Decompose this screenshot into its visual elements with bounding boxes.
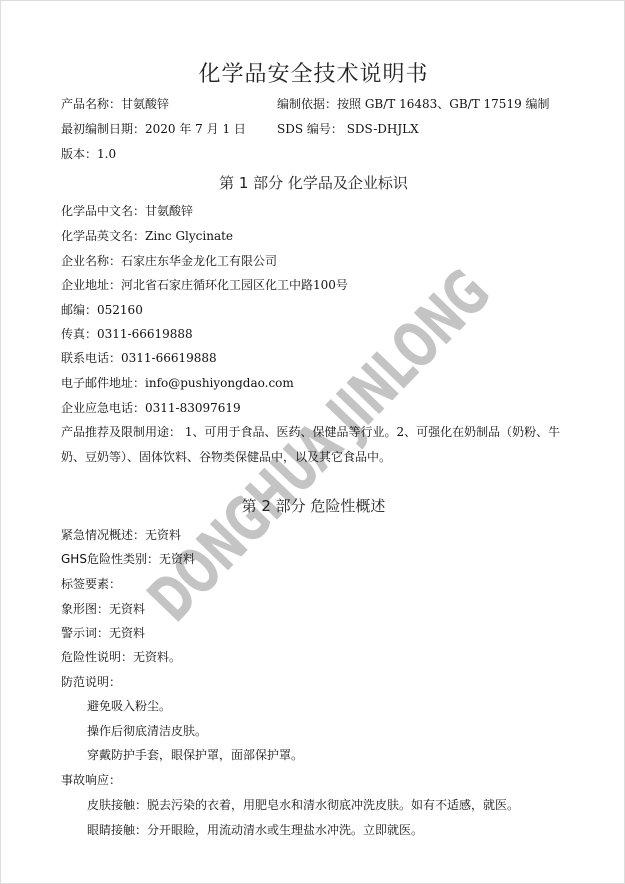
- field-row: 传真：0311-66619888: [61, 326, 193, 342]
- field-value: 无资料: [109, 626, 145, 640]
- first-date-row: 最初编制日期：2020 年 7 月 1 日: [61, 121, 246, 137]
- field-label: 化学品中文名：: [61, 204, 145, 218]
- field-label: 联系电话：: [61, 351, 121, 365]
- response-item-value: 脱去污染的衣着，用肥皂水和清水彻底冲洗皮肤。如有不适感，就医。: [147, 798, 519, 812]
- field-label: 电子邮件地址：: [61, 376, 145, 390]
- field-row: GHS危险性类别：无资料: [61, 551, 195, 567]
- field-row: 化学品中文名：甘氨酸锌: [61, 203, 193, 219]
- version-value: 1.0: [97, 147, 116, 161]
- field-row: 企业地址：河北省石家庄循环化工园区化工中路100号: [61, 277, 348, 293]
- field-row: 象形图：无资料: [61, 601, 145, 617]
- response-item-label: 皮肤接触：: [87, 798, 147, 812]
- product-name-row: 产品名称：甘氨酸锌: [61, 96, 169, 112]
- field-row: 危险性说明：无资料。: [61, 649, 181, 665]
- field-label: 危险性说明：: [61, 650, 133, 664]
- field-value: 052160: [97, 303, 143, 317]
- field-row: 紧急情况概述：无资料: [61, 527, 181, 543]
- field-label: GHS危险性类别：: [61, 552, 159, 566]
- field-value: 0311-66619888: [97, 327, 193, 341]
- first-date-value: 2020 年 7 月 1 日: [145, 122, 246, 136]
- field-value: 无资料: [145, 528, 181, 542]
- field-value: 石家庄东华金龙化工有限公司: [121, 254, 277, 268]
- field-label: 企业应急电话：: [61, 401, 145, 415]
- precaution-item: 操作后彻底清洁皮肤。: [87, 723, 207, 739]
- product-name-label: 产品名称：: [61, 97, 121, 111]
- document-content: 化学品安全技术说明书 产品名称：甘氨酸锌 编制依据：按照 GB/T 16483、…: [1, 1, 625, 884]
- field-value: 0311-66619888: [121, 351, 217, 365]
- field-value: 无资料。: [133, 650, 181, 664]
- field-row: 企业名称：石家庄东华金龙化工有限公司: [61, 253, 277, 269]
- field-label: 象形图：: [61, 602, 109, 616]
- sds-number-value: SDS-DHJLX: [343, 122, 419, 136]
- usage-label: 产品推荐及限制用途：: [61, 425, 181, 439]
- basis-label: 编制依据：: [277, 97, 337, 111]
- field-value: 无资料: [159, 552, 195, 566]
- response-label: 事故响应：: [61, 772, 121, 788]
- section2-heading: 第 2 部分 危险性概述: [1, 496, 625, 516]
- sds-number-row: SDS 编号： SDS-DHJLX: [277, 121, 419, 137]
- precaution-item: 穿戴防护手套，眼保护罩，面部保护罩。: [87, 747, 303, 763]
- version-row: 版本：1.0: [61, 146, 116, 162]
- version-label: 版本：: [61, 147, 97, 161]
- precautions-label: 防范说明：: [61, 674, 121, 690]
- field-label: 企业地址：: [61, 278, 121, 292]
- field-label: 企业名称：: [61, 254, 121, 268]
- response-item: 眼睛接触：分开眼睑，用流动清水或生理盐水冲洗。立即就医。: [87, 822, 423, 838]
- field-value: 0311-83097619: [145, 401, 241, 415]
- sds-number-label: SDS 编号：: [277, 122, 343, 136]
- field-row: 警示词：无资料: [61, 625, 145, 641]
- section1-heading: 第 1 部分 化学品及企业标识: [1, 173, 625, 193]
- response-item-value: 分开眼睑，用流动清水或生理盐水冲洗。立即就医。: [147, 823, 423, 837]
- document-page: DONGHUA JINLONG 化学品安全技术说明书 产品名称：甘氨酸锌 编制依…: [0, 0, 625, 884]
- email-link[interactable]: info@pushiyongdao.com: [145, 376, 294, 390]
- precaution-item: 避免吸入粉尘。: [87, 698, 171, 714]
- field-row: 化学品英文名：Zinc Glycinate: [61, 228, 233, 244]
- field-row: 电子邮件地址：info@pushiyongdao.com: [61, 375, 294, 391]
- response-item-label: 眼睛接触：: [87, 823, 147, 837]
- field-value: 甘氨酸锌: [145, 204, 193, 218]
- field-label: 化学品英文名：: [61, 229, 145, 243]
- field-label: 传真：: [61, 327, 97, 341]
- field-value: 河北省石家庄循环化工园区化工中路100号: [121, 278, 348, 292]
- basis-row: 编制依据：按照 GB/T 16483、GB/T 17519 编制: [277, 96, 550, 112]
- document-title: 化学品安全技术说明书: [1, 61, 625, 89]
- basis-value: 按照 GB/T 16483、GB/T 17519 编制: [337, 97, 550, 111]
- field-label: 邮编：: [61, 303, 97, 317]
- field-row: 企业应急电话：0311-83097619: [61, 400, 241, 416]
- field-row: 联系电话：0311-66619888: [61, 350, 217, 366]
- field-value: Zinc Glycinate: [145, 229, 233, 243]
- usage-paragraph: 产品推荐及限制用途： 1、可用于食品、医药、保健品等行业。2、可强化在奶制品（奶…: [61, 420, 581, 470]
- product-name-value: 甘氨酸锌: [121, 97, 169, 111]
- field-label: 标签要素：: [61, 577, 121, 591]
- first-date-label: 最初编制日期：: [61, 122, 145, 136]
- field-value: 无资料: [109, 602, 145, 616]
- response-item: 皮肤接触：脱去污染的衣着，用肥皂水和清水彻底冲洗皮肤。如有不适感，就医。: [87, 797, 519, 813]
- field-row: 标签要素：: [61, 576, 121, 592]
- field-row: 邮编：052160: [61, 302, 143, 318]
- field-label: 紧急情况概述：: [61, 528, 145, 542]
- field-label: 警示词：: [61, 626, 109, 640]
